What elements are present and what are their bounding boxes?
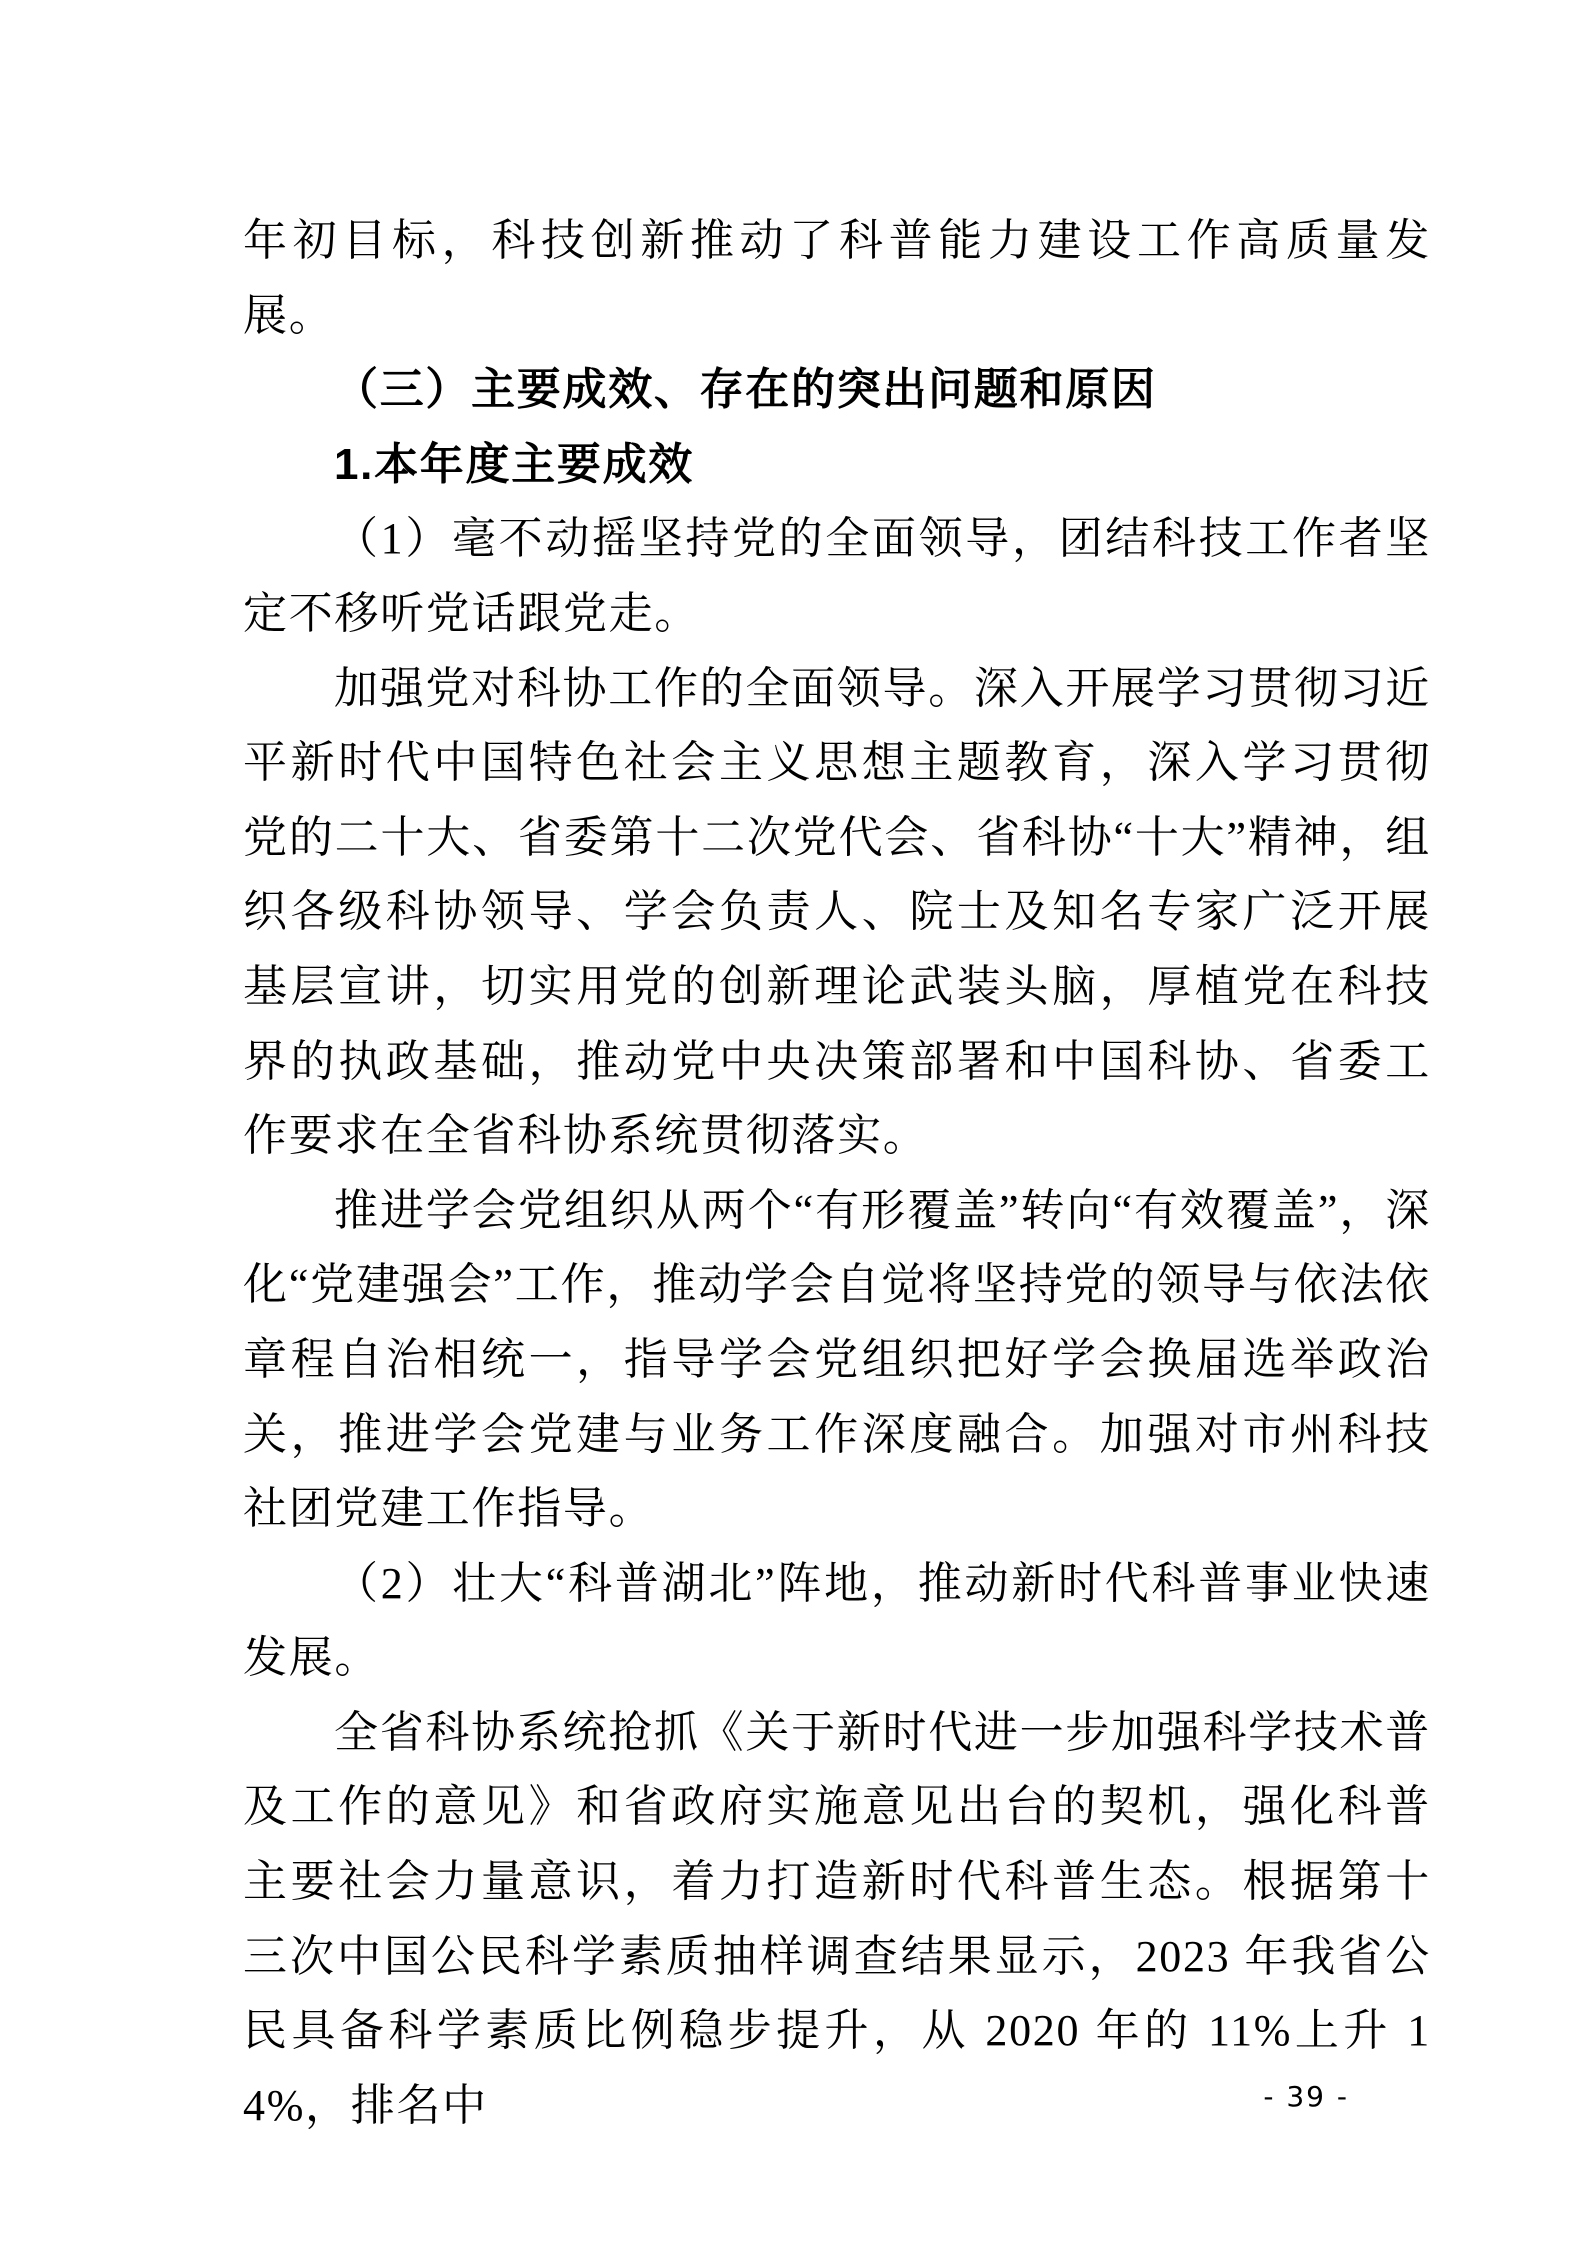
page-number: - 39 - <box>1263 2080 1349 2113</box>
paragraph: （1）毫不动摇坚持党的全面领导，团结科技工作者坚定不移听党话跟党走。 <box>243 502 1431 651</box>
document-body: 年初目标，科技创新推动了科普能力建设工作高质量发展。（三）主要成效、存在的突出问… <box>243 204 1431 2143</box>
paragraph: 推进学会党组织从两个“有形覆盖”转向“有效覆盖”，深化“党建强会”工作，推动学会… <box>243 1174 1431 1547</box>
paragraph: 全省科协系统抢抓《关于新时代进一步加强科学技术普及工作的意见》和省政府实施意见出… <box>243 1696 1431 2144</box>
section-heading: 1.本年度主要成效 <box>243 428 1431 503</box>
document-page: 年初目标，科技创新推动了科普能力建设工作高质量发展。（三）主要成效、存在的突出问… <box>0 0 1587 2245</box>
paragraph: 年初目标，科技创新推动了科普能力建设工作高质量发展。 <box>243 204 1431 353</box>
paragraph: 加强党对科协工作的全面领导。深入开展学习贯彻习近平新时代中国特色社会主义思想主题… <box>243 652 1431 1174</box>
section-heading: （三）主要成效、存在的突出问题和原因 <box>243 353 1431 428</box>
paragraph: （2）壮大“科普湖北”阵地，推动新时代科普事业快速发展。 <box>243 1547 1431 1696</box>
page-number-text: - 39 - <box>1263 2080 1349 2113</box>
